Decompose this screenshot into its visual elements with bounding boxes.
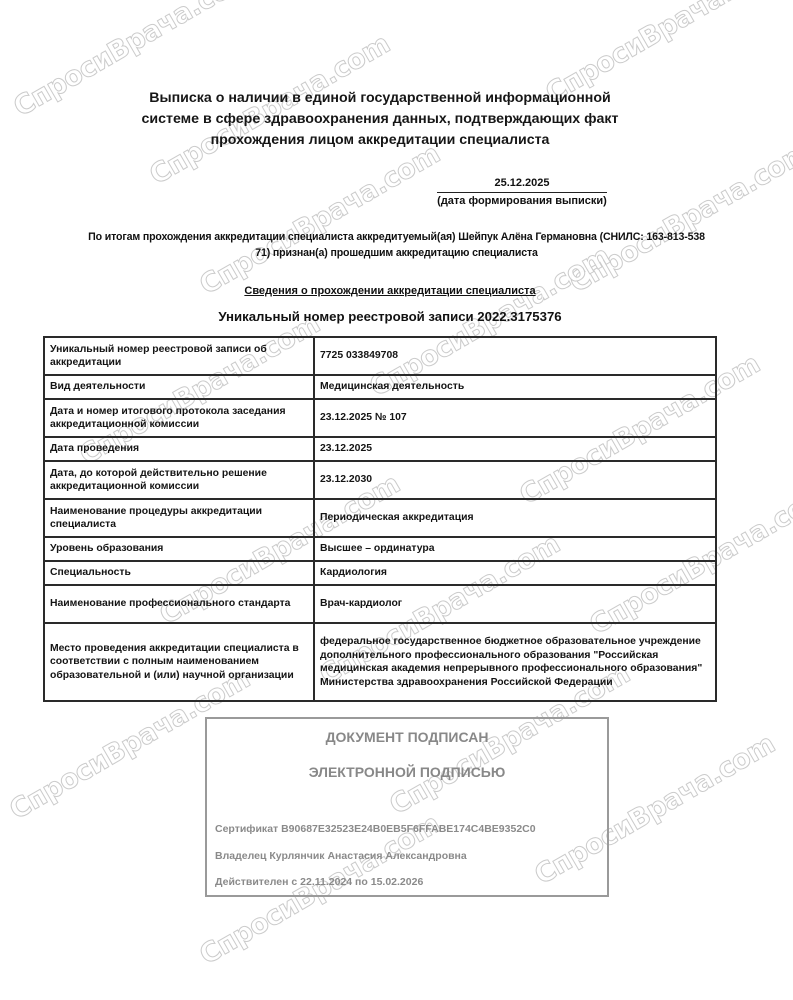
row-label: Вид деятельности xyxy=(44,375,314,399)
table-row: Специальность Кардиология xyxy=(44,561,716,585)
title-line: системе в сфере здравоохранения данных, … xyxy=(120,109,640,130)
signature-certificate: Сертификат B90687E32523E24B0EB5F6FFABE17… xyxy=(215,823,536,835)
title-line: Выписка о наличии в единой государственн… xyxy=(120,88,640,109)
intro-paragraph: По итогам прохождения аккредитации специ… xyxy=(30,229,763,261)
row-value: 23.12.2025 № 107 xyxy=(314,399,716,437)
table-row: Дата и номер итогового протокола заседан… xyxy=(44,399,716,437)
row-label: Специальность xyxy=(44,561,314,585)
row-label: Место проведения аккредитации специалист… xyxy=(44,623,314,701)
row-value: Кардиология xyxy=(314,561,716,585)
row-value: Врач-кардиолог xyxy=(314,585,716,623)
row-value: 23.12.2030 xyxy=(314,461,716,499)
row-label: Уровень образования xyxy=(44,537,314,561)
row-label: Дата проведения xyxy=(44,437,314,461)
row-value: 7725 033849708 xyxy=(314,337,716,375)
document-page: СпросиВрача.com СпросиВрача.com СпросиВр… xyxy=(0,0,793,1000)
registry-number-heading: Уникальный номер реестровой записи 2022.… xyxy=(140,309,640,324)
row-value: федеральное государственное бюджетное об… xyxy=(314,623,716,701)
issue-date: 25.12.2025 xyxy=(437,176,607,193)
issue-date-caption: (дата формирования выписки) xyxy=(437,193,607,209)
document-title: Выписка о наличии в единой государственн… xyxy=(120,88,640,151)
row-label: Наименование профессионального стандарта xyxy=(44,585,314,623)
signature-heading-line1: ДОКУМЕНТ ПОДПИСАН xyxy=(207,729,607,745)
table-row: Уникальный номер реестровой записи об ак… xyxy=(44,337,716,375)
signature-heading-line2: ЭЛЕКТРОННОЙ ПОДПИСЬЮ xyxy=(207,764,607,780)
issue-date-block: 25.12.2025 (дата формирования выписки) xyxy=(437,176,607,209)
row-label: Дата, до которой действительно решение а… xyxy=(44,461,314,499)
table-row: Дата, до которой действительно решение а… xyxy=(44,461,716,499)
watermark: СпросиВрача.com xyxy=(195,138,446,301)
table-row: Наименование профессионального стандарта… xyxy=(44,585,716,623)
accreditation-info-table: Уникальный номер реестровой записи об ак… xyxy=(43,336,717,702)
table-row: Место проведения аккредитации специалист… xyxy=(44,623,716,701)
table-row: Наименование процедуры аккредитации спец… xyxy=(44,499,716,537)
row-value: Медицинская деятельность xyxy=(314,375,716,399)
table-row: Вид деятельности Медицинская деятельност… xyxy=(44,375,716,399)
signature-owner: Владелец Курлянчик Анастасия Александров… xyxy=(215,850,467,862)
row-label: Дата и номер итогового протокола заседан… xyxy=(44,399,314,437)
row-value: Высшее – ординатура xyxy=(314,537,716,561)
signature-validity: Действителен с 22.11.2024 по 15.02.2026 xyxy=(215,876,423,888)
watermark: СпросиВрача.com xyxy=(565,136,793,299)
title-line: прохождения лицом аккредитации специалис… xyxy=(120,130,640,151)
row-label: Уникальный номер реестровой записи об ак… xyxy=(44,337,314,375)
row-value: 23.12.2025 xyxy=(314,437,716,461)
table-row: Дата проведения 23.12.2025 xyxy=(44,437,716,461)
row-label: Наименование процедуры аккредитации спец… xyxy=(44,499,314,537)
section-title: Сведения о прохождении аккредитации спец… xyxy=(190,285,590,297)
row-value: Периодическая аккредитация xyxy=(314,499,716,537)
electronic-signature-stamp: ДОКУМЕНТ ПОДПИСАН ЭЛЕКТРОННОЙ ПОДПИСЬЮ С… xyxy=(205,717,609,897)
intro-line: 71) признан(а) прошедшим аккредитацию сп… xyxy=(30,245,763,261)
table-row: Уровень образования Высшее – ординатура xyxy=(44,537,716,561)
intro-line: По итогам прохождения аккредитации специ… xyxy=(30,229,763,245)
